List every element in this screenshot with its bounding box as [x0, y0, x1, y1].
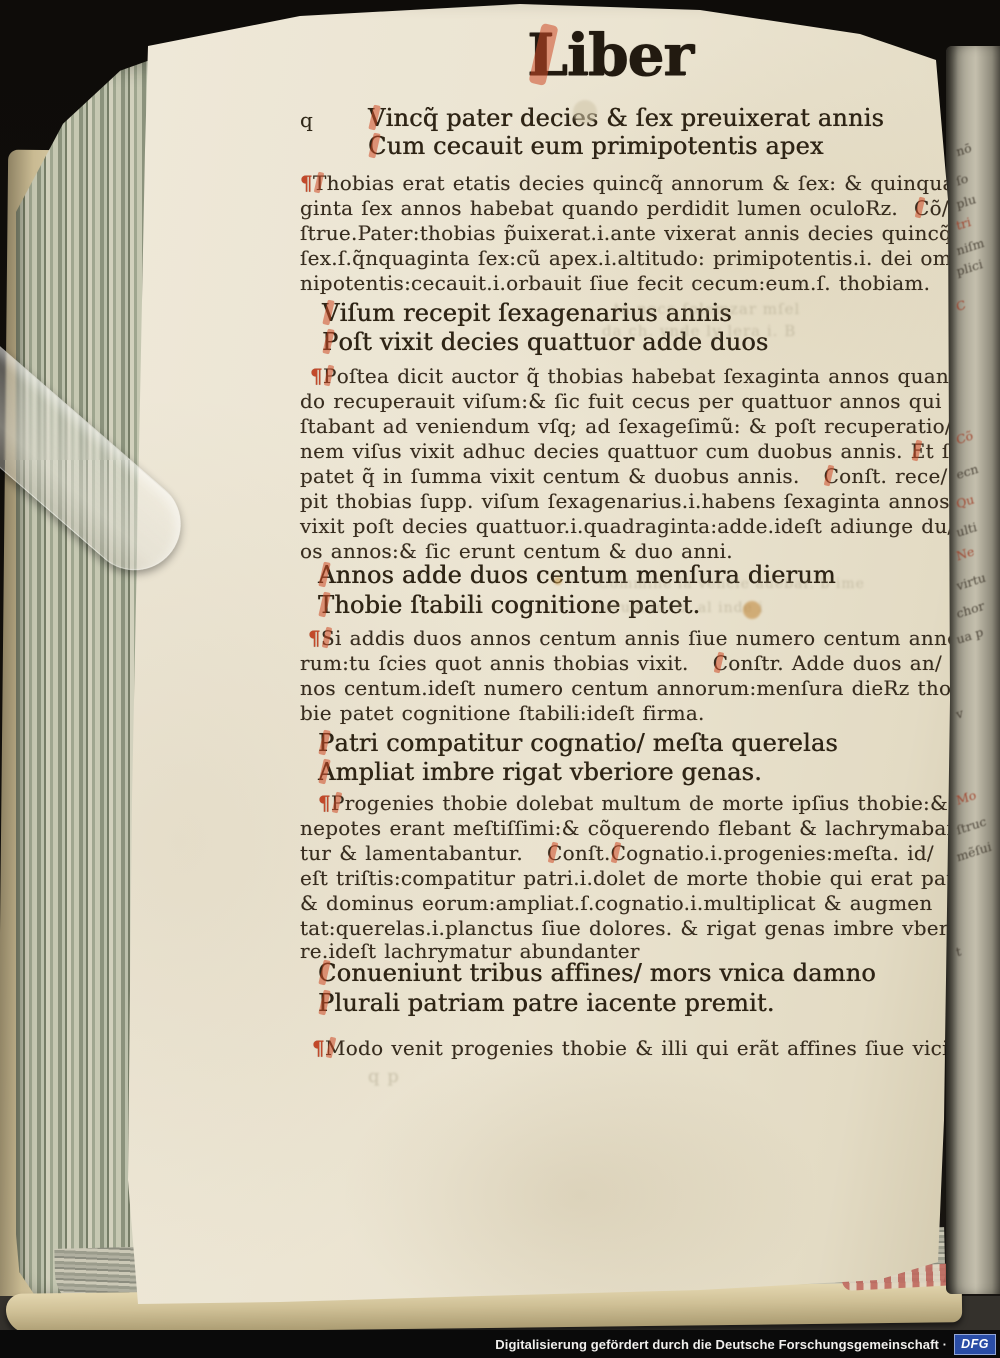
verse-line: Conueniunt tribus affines/ mors vnica da…: [318, 961, 876, 985]
title-line: Liber: [527, 26, 693, 84]
sliver-text-fragment: v: [955, 705, 965, 722]
sliver-text-fragment: niſm: [955, 235, 985, 259]
comment-line: ¶Poſtea dicit auctor q̃ thobias habebat …: [310, 366, 956, 386]
sliver-text-fragment: t: [955, 943, 963, 959]
foxing-spot: [554, 577, 562, 585]
comment-line: bie patet cognitione ſtabili:ideſt firma…: [300, 703, 705, 723]
showthrough-ghost: da ch. vnde ly lera i. B: [602, 322, 796, 340]
comment-line: tur & lamentabantur. Conſt.Cognatio.i.pr…: [300, 843, 934, 863]
sliver-text-fragment: mẽſui: [955, 839, 992, 865]
verse-line: Ampliat imbre rigat vberiore genas.: [318, 760, 762, 784]
sliver-text-fragment: tri: [955, 214, 972, 233]
comment-line: eſt triſtis:compatitur patri.i.dolet de …: [300, 868, 976, 888]
verse-line: Patri compatitur cognatio/ meſta querela…: [318, 731, 838, 755]
verse-line: Vincq̃ pater decies & ſex preuixerat ann…: [368, 106, 884, 130]
sliver-text-fragment: ſo: [955, 170, 970, 188]
verse-line: Cum cecauit eum primipotentis apex: [368, 134, 824, 158]
sliver-text-fragment: Ne: [955, 543, 976, 563]
foxing-spot: [573, 100, 597, 124]
sliver-text-fragment: ſtruc: [955, 813, 987, 837]
comment-line: ſtrue.Pater:thobias p̃uixerat.i.ante vix…: [300, 223, 978, 243]
page: LiberqVincq̃ pater decies & ſex preuixer…: [0, 0, 1000, 1358]
digitization-caption-bar: Digitalisierung gefördert durch die Deut…: [0, 1330, 1000, 1358]
comment-line: ¶Progenies thobie dolebat multum de mort…: [318, 793, 948, 813]
comment-line: os annos:& ſic erunt centum & duo anni.: [300, 541, 733, 561]
mark-line: q: [300, 110, 313, 130]
sliver-text-fragment: Qu: [955, 491, 976, 511]
comment-line: rum:tu ſcies quot annis thobias vixit. C…: [300, 653, 942, 673]
comment-line: nem viſus vixit adhuc decies quattuor cu…: [300, 441, 968, 461]
comment-line: nipotentis:cecauit.i.orbauit ſiue fecit …: [300, 273, 930, 293]
sliver-text-fragment: ecn: [955, 461, 980, 483]
showthrough-ghost: Commine la vencle auebar. b ime: [598, 576, 865, 592]
comment-line: ſtabant ad veniendum vſq; ad ſexageſimũ:…: [300, 416, 952, 436]
dfg-logo: DFG: [954, 1334, 996, 1355]
comment-line: ¶Modo venit progenies thobie & illi qui …: [312, 1038, 969, 1058]
comment-line: pit thobias ſupp. viſum ſexagenarius.i.h…: [300, 491, 957, 511]
book-scan-photo: nōſoplutriniſmpliciCCõecnQuultiNevirtuch…: [0, 0, 1000, 1358]
sliver-text-fragment: nō: [955, 140, 973, 160]
showthrough-ghost: rorum lu. b. al inde i: [596, 600, 764, 616]
comment-line: patet q̃ in ſumma vixit centum & duobus …: [300, 466, 948, 486]
verse-line: Plurali patriam patre iacente premit.: [318, 991, 775, 1015]
sliver-text-fragment: plu: [955, 191, 977, 212]
facing-page-sliver: nōſoplutriniſmpliciCCõecnQuultiNevirtuch…: [946, 46, 1000, 1294]
foxing-spot: [743, 601, 761, 619]
showthrough-ghost: q p: [368, 1066, 400, 1087]
comment-line: nos centum.ideſt numero centum annorum:m…: [300, 678, 951, 698]
sliver-text-fragment: Mo: [955, 787, 978, 808]
sliver-text-fragment: ua p: [955, 624, 984, 647]
showthrough-ghost: ta noca ſolemzar mſel: [614, 300, 800, 318]
comment-line: ¶Thobias erat etatis decies quincq̃ anno…: [300, 173, 962, 193]
comment-line: ¶Si addis duos annos centum annis ſiue n…: [308, 628, 959, 648]
comment-line: ſex.ſ.q̃nquaginta ſex:cũ apex.i.altitudo…: [300, 248, 959, 268]
comment-line: & dominus eorum:ampliat.ſ.cognatio.i.mul…: [300, 893, 933, 913]
sliver-text-fragment: Cõ: [955, 428, 974, 448]
comment-line: do recuperauit viſum:& ſic fuit cecus pe…: [300, 391, 979, 411]
comment-line: ginta ſex annos habebat quando perdidit …: [300, 198, 949, 218]
comment-line: re.ideſt lachrymatur abundanter: [300, 941, 640, 961]
comment-line: tat:querelas.i.planctus ſiue dolores. & …: [300, 918, 968, 938]
sliver-text-fragment: C: [955, 297, 967, 315]
digitization-caption: Digitalisierung gefördert durch die Deut…: [495, 1337, 947, 1352]
comment-line: nepotes erant meſtiſſimi:& cõquerendo fl…: [300, 818, 960, 838]
comment-line: vixit poſt decies quattuor.i.quadraginta…: [300, 516, 954, 536]
sliver-text-fragment: chor: [955, 598, 985, 622]
sliver-text-fragment: ulti: [955, 519, 978, 540]
sliver-text-fragment: virtu: [955, 569, 987, 593]
sliver-text-fragment: plici: [955, 256, 984, 279]
